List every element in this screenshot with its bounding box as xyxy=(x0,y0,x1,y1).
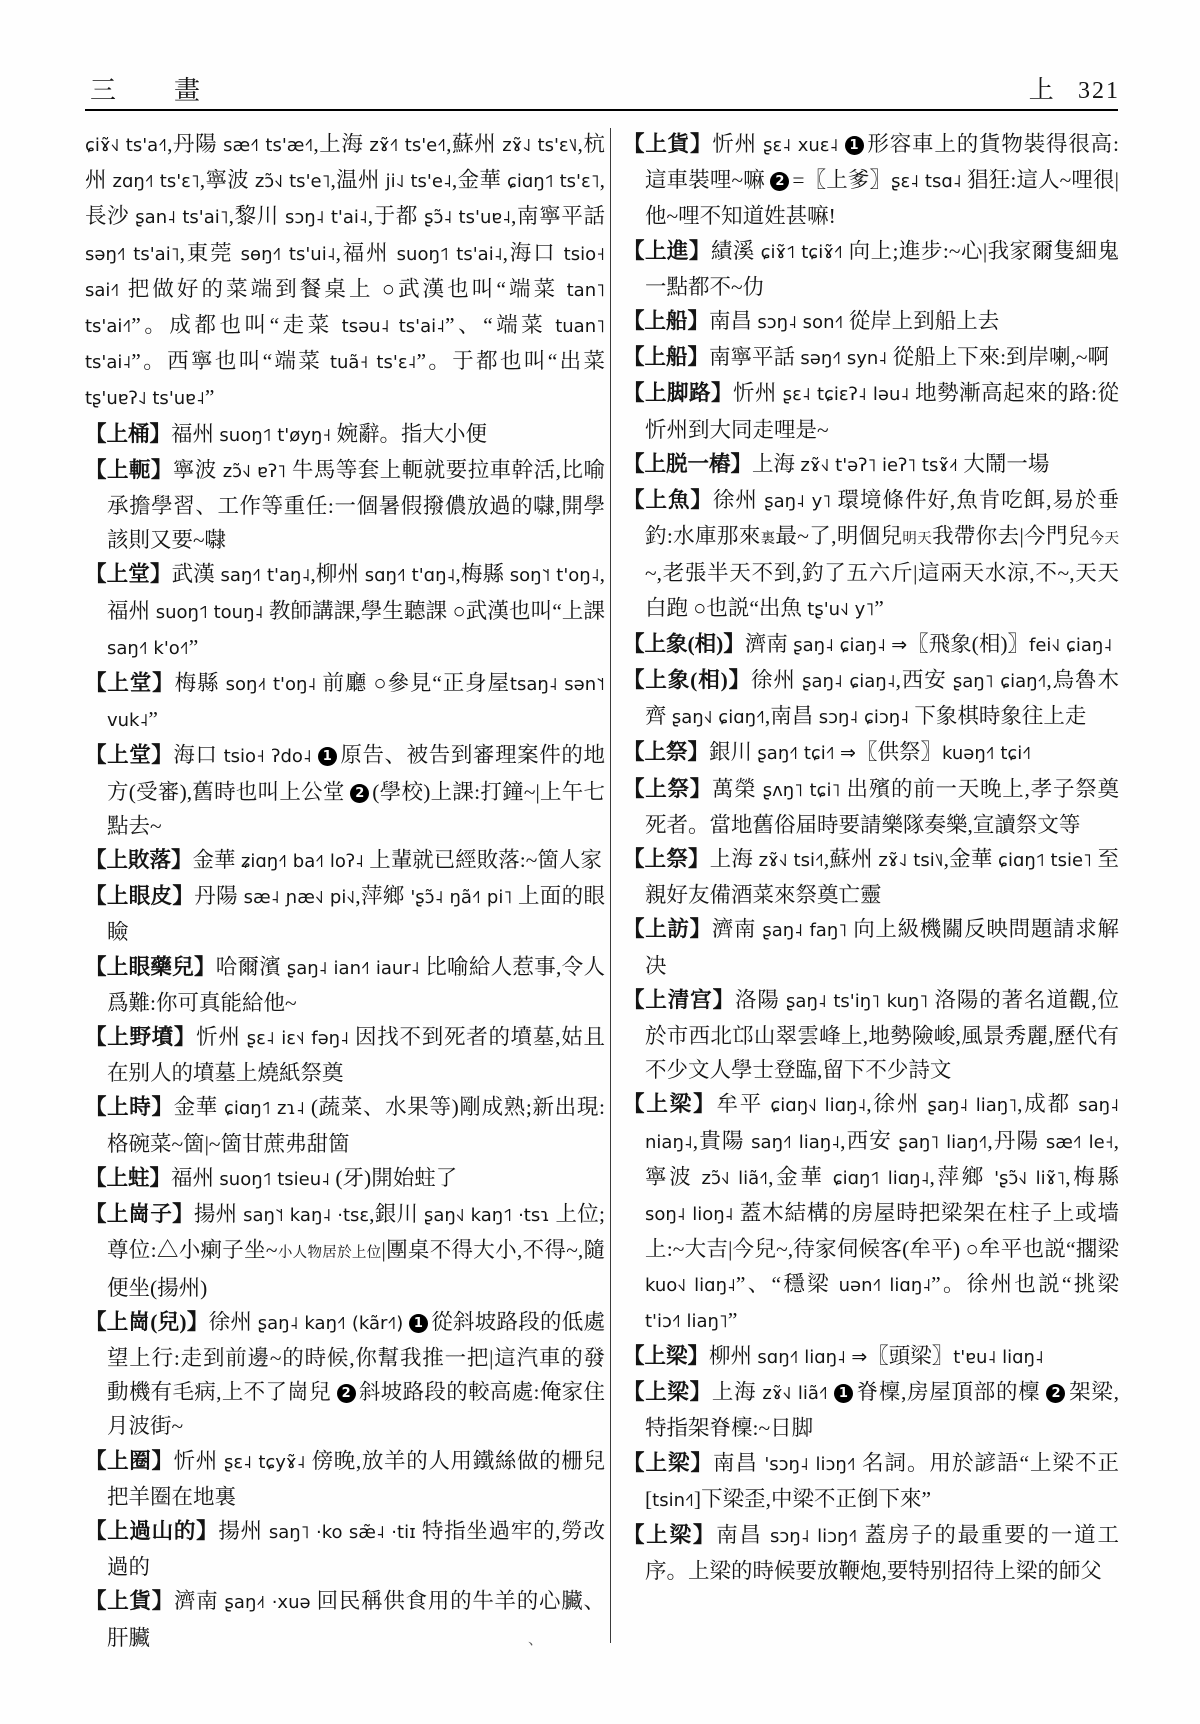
phonetic-transcription: ʂaŋ˨ liaŋ˥ xyxy=(927,1095,1017,1116)
dictionary-page: 三 畫 上 321 ɕiɤ̃˧˩ ts'a˧˥,丹陽 sæ˧˥ ts'æ˧˥,上… xyxy=(0,0,1200,1724)
entry-headword: 【上野墳】 xyxy=(85,1025,196,1049)
phonetic-transcription: ʂaŋ˨ kaŋ˧˥ (kãr˧˥) xyxy=(258,1313,404,1334)
definition-text: (牙)開始蛀了 xyxy=(330,1166,457,1190)
phonetic-transcription: soŋ˨ lioŋ˨ xyxy=(645,1204,734,1225)
definition-text: ” xyxy=(728,1308,738,1332)
page-radical: 上 xyxy=(1029,77,1054,104)
entry-headword: 【上進】 xyxy=(623,239,711,263)
sense-2-badge: 2 xyxy=(1046,1384,1065,1403)
small-gloss-note: 明天 xyxy=(902,531,932,547)
definition-text: 福州 xyxy=(171,422,219,446)
definition-text: 濟南 xyxy=(745,632,793,656)
phonetic-transcription: sɔŋ˨ son˧˥ xyxy=(757,312,843,333)
definition-text: ” xyxy=(189,635,199,659)
entry-headword: 【上船】 xyxy=(623,309,709,333)
phonetic-transcription: suoŋ˦˥ t'øyŋ˧ xyxy=(219,425,331,446)
phonetic-transcription: tsin˧˥ xyxy=(652,1490,694,1511)
entry-headword: 【上梁】 xyxy=(623,1344,709,1368)
definition-text: 海口 xyxy=(173,743,223,767)
entry-headword: 【上脚路】 xyxy=(623,381,733,405)
entry-headword: 【上崗(兒)】 xyxy=(85,1310,209,1334)
entry-headword: 【上祭】 xyxy=(623,740,709,764)
dict-entry: 【上梁】上海 zɤ̃˧˩ liã˧˥ 1脊檁,房屋頂部的檁 2架梁,特指架脊檁:… xyxy=(623,1375,1119,1445)
definition-text: 梅縣 xyxy=(175,671,226,695)
definition-text: 銀川 xyxy=(709,740,757,764)
phonetic-transcription: kuo˧˩ liɑŋ˨ xyxy=(645,1275,736,1296)
phonetic-transcription: soŋ˨˦ t'oŋ˨ xyxy=(226,674,317,695)
entry-headword: 【上梁】 xyxy=(623,1523,716,1547)
phonetic-transcription: tʂ'u˧˩ y˥ xyxy=(807,599,874,620)
definition-text: 〖供祭〗 xyxy=(856,740,942,764)
phonetic-transcription: saŋ˧˥ t'aŋ˨ xyxy=(220,565,310,586)
definition-text: 上輩就已經敗落:~箇人家 xyxy=(364,848,602,872)
entry-headword: 【上堂】 xyxy=(85,562,172,586)
phonetic-transcription: ɕiɑŋ˧˩ liɑŋ˨ xyxy=(770,1095,866,1116)
phonetic-transcription: ʑiɑŋ˧˥ ba˧˥ loʔ˨ xyxy=(241,851,364,872)
phonetic-transcription: 'ʂɔ̃˨ ŋã˧˥ pi˥ xyxy=(410,887,512,908)
definition-text: ” xyxy=(148,707,158,731)
entry-headword: 【上祭】 xyxy=(623,847,710,871)
phonetic-transcription: saŋ˥˦ kaŋ˨ ·tsɛ xyxy=(243,1205,369,1226)
entry-headword: 【上梁】 xyxy=(623,1451,713,1475)
definition-text: ”。成都也叫“走菜 xyxy=(131,313,341,337)
definition-text xyxy=(312,743,318,767)
definition-text: 〖飛象(相)〗 xyxy=(907,632,1029,656)
definition-text: ,海口 xyxy=(503,241,564,265)
definition-text: 上海 xyxy=(712,1380,763,1404)
dict-entry: 【上軛】寧波 zɔ̃˧˩ ɐʔ˥ 牛馬等套上軛就要拉車幹活,比喻承擔學習、工作等… xyxy=(85,453,605,558)
entry-headword: 【上脱一樁】 xyxy=(623,452,752,476)
definition-text: ,南寧平話 xyxy=(511,204,605,228)
page-header: 上 321 xyxy=(1029,70,1120,106)
phonetic-transcription: zɤ̃˧˩ t'əʔ˥ ieʔ˥ tsɤ̃˨˦ xyxy=(800,455,958,476)
phonetic-transcription: ɕiɤ̃˦˥ tɕiɤ̃˧˥ xyxy=(761,242,843,263)
definition-text: ,寧波 xyxy=(200,168,255,192)
phonetic-transcription: saŋ˥ ·ko sæ̃˨ ·tiɪ xyxy=(269,1522,416,1543)
dict-entry: 【上眼皮】丹陽 sæ˨ ɲæ˧˩ pi˧˩,萍鄉 'ʂɔ̃˨ ŋã˧˥ pi˥ … xyxy=(85,879,605,949)
phonetic-transcription: tsio˧ ʔdo˨ xyxy=(224,746,312,767)
phonetic-transcription: zɔ̃˧˩ liã˧˥ xyxy=(702,1168,769,1189)
definition-text: 最~了,明個兒 xyxy=(775,524,902,548)
definition-text: ,于都 xyxy=(368,204,424,228)
definition-text: 金華 xyxy=(193,848,241,872)
phonetic-transcription: ʂɛ˨ tɕiɛʔ˨ ləu˨ xyxy=(783,384,910,405)
entry-headword: 【上崗子】 xyxy=(85,1202,194,1226)
definition-text: 〖頭梁〗 xyxy=(867,1344,953,1368)
definition-text: 大鬧一場 xyxy=(958,452,1049,476)
phonetic-transcription: ʂɛ˨ tɕyɤ̃˨ xyxy=(224,1452,306,1473)
entry-headword: 【上祭】 xyxy=(623,777,712,801)
entry-continuation: ɕiɤ̃˧˩ ts'a˧˥,丹陽 sæ˧˥ ts'æ˧˥,上海 zɤ̃˧˥ ts… xyxy=(85,127,605,417)
phonetic-transcription: uən˧˥ liɑŋ˨ xyxy=(839,1275,932,1296)
definition-text: 洛陽 xyxy=(735,988,786,1012)
definition-text: 牟平 xyxy=(716,1092,770,1116)
definition-text: ,蘇州 xyxy=(446,132,502,156)
entry-headword: 【上眼皮】 xyxy=(85,884,194,908)
dict-entry: 【上脱一樁】上海 zɤ̃˧˩ t'əʔ˥ ieʔ˥ tsɤ̃˨˦ 大鬧一場 xyxy=(623,447,1119,483)
definition-text: 忻州 xyxy=(196,1025,247,1049)
phonetic-transcription: zɤ̃˨˩ ts'ɛ˥˩ xyxy=(502,135,577,156)
definition-text: 忻州 xyxy=(174,1449,224,1473)
phonetic-transcription: ɕiɑŋ˦˥ tsie˥ xyxy=(998,850,1092,871)
definition-text: 武漢 xyxy=(172,562,221,586)
entry-headword: 【上訪】 xyxy=(623,917,712,941)
entry-headword: 【上清宫】 xyxy=(623,988,735,1012)
definition-text: ”。西寧也叫“端菜 xyxy=(131,349,330,373)
sense-2-badge: 2 xyxy=(770,172,789,191)
phonetic-transcription: 'ʂɔ̃˧˩ liɤ̃˥ xyxy=(994,1168,1065,1189)
phonetic-transcription: saŋ˧˥ k'o˧˥ xyxy=(107,638,189,659)
right-column: 【上貨】忻州 ʂɛ˨ xuɛ˨ 1形容車上的貨物裝得很高:這車裝哩~嘛 2=〖上… xyxy=(623,127,1119,1588)
phonetic-transcription: ʂʌŋ˥ tɕi˥ xyxy=(763,780,841,801)
phonetic-transcription: ʂɛ˨ xuɛ˨ xyxy=(763,135,838,156)
small-gloss-note: 小人物居於上位 xyxy=(278,1245,382,1261)
dict-entry: 【上梁】南昌 sɔŋ˨ liɔŋ˧˥ 蓋房子的最重要的一道工序。上梁的時候要放鞭… xyxy=(623,1518,1119,1588)
phonetic-transcription: səŋ˧˥ syn˨ xyxy=(800,348,887,369)
definition-text: 徐州 xyxy=(209,1310,258,1334)
sense-1-badge: 1 xyxy=(409,1314,428,1333)
definition-text: 徐州 xyxy=(713,488,764,512)
definition-text: 徐州 xyxy=(751,668,802,692)
dict-entry: 【上梁】柳州 sɑŋ˧˥ liɑŋ˨ ⇒〖頭梁〗t'ɐu˨ liɑŋ˨ xyxy=(623,1339,1119,1375)
phonetic-transcription: ʂɔ̃˨ ts'uɐ˨ xyxy=(424,207,511,228)
page-number: 321 xyxy=(1078,78,1120,104)
entry-headword: 【上梁】 xyxy=(623,1092,716,1116)
definition-text: 寧波 xyxy=(173,458,223,482)
definition-text: ,金華 xyxy=(452,168,507,192)
entry-headword: 【上蛀】 xyxy=(85,1166,171,1190)
definition-text: 從船上下來:到岸喇,~啊 xyxy=(887,345,1109,369)
phonetic-transcription: ʂaŋ˨ y˥ xyxy=(764,491,831,512)
phonetic-transcription: sɔŋ˨ ɕiɔŋ˨ xyxy=(819,707,909,728)
definition-text: 上海 xyxy=(752,452,800,476)
small-gloss-note: 裏 xyxy=(761,531,776,547)
phonetic-transcription: sæ˧˥ le˧ xyxy=(1046,1132,1114,1153)
dict-entry: 【上過山的】揚州 saŋ˥ ·ko sæ̃˨ ·tiɪ 特指坐過牢的,勞改過的 xyxy=(85,1514,605,1584)
dict-entry: 【上進】績溪 ɕiɤ̃˦˥ tɕiɤ̃˧˥ 向上;進步:~心|我家爾隻細鬼一點都… xyxy=(623,234,1119,304)
phonetic-transcription: t'ɐu˨ liɑŋ˨ xyxy=(953,1347,1044,1368)
entry-headword: 【上過山的】 xyxy=(85,1519,218,1543)
dict-entry: 【上船】南昌 sɔŋ˨ son˧˥ 從岸上到船上去 xyxy=(623,304,1119,340)
entry-headword: 【上眼藥兒】 xyxy=(85,955,216,979)
dict-entry: 【上象(相)】徐州 ʂaŋ˨ ɕiaŋ˨,西安 ʂaŋ˥ ɕiaŋ˧˥,烏魯木齊… xyxy=(623,663,1119,735)
dict-entry: 【上船】南寧平話 səŋ˧˥ syn˨ 從船上下來:到岸喇,~啊 xyxy=(623,340,1119,376)
phonetic-transcription: sæ˨ ɲæ˧˩ pi˧˩ xyxy=(244,887,356,908)
dict-entry: 【上祭】上海 zɤ̃˧˩ tsi˧˥,蘇州 zɤ̃˨˩ tsi˥˩,金華 ɕiɑ… xyxy=(623,842,1119,912)
phonetic-transcription: zɤ̃˨˩ tsi˥˩ xyxy=(878,850,943,871)
definition-text: ” xyxy=(205,385,215,409)
definition-text: ,梅縣 xyxy=(1065,1165,1119,1189)
dict-entry: 【上梁】牟平 ɕiɑŋ˧˩ liɑŋ˨,徐州 ʂaŋ˨ liaŋ˥,成都 saŋ… xyxy=(623,1087,1119,1338)
phonetic-transcription: zɔ̃˧˩ ɐʔ˥ xyxy=(223,461,286,482)
phonetic-transcription: sɔŋ˨ liɔŋ˧˥ xyxy=(770,1526,857,1547)
definition-text: 揚州 xyxy=(218,1519,269,1543)
definition-text: ,東莞 xyxy=(180,241,241,265)
definition-text: 上海 xyxy=(710,847,759,871)
dict-entry: 【上堂】梅縣 soŋ˨˦ t'oŋ˨ 前廳 ○參見“正身屋tsaŋ˨ sən˥˦… xyxy=(85,666,605,738)
phonetic-transcription: t'iɔ˧˥ liaŋ˥ xyxy=(645,1311,728,1332)
phonetic-transcription: kuəŋ˧˥ tɕi˧˥ xyxy=(942,743,1031,764)
definition-text: 柳州 xyxy=(709,1344,757,1368)
phonetic-transcription: 'sɔŋ˨ liɔŋ˧˥ xyxy=(764,1454,855,1475)
entry-headword: 【上貨】 xyxy=(623,132,712,156)
definition-text xyxy=(838,132,844,156)
phonetic-transcription: suoŋ˦˥ touŋ˨ xyxy=(156,602,264,623)
definition-text: 濟南 xyxy=(174,1589,225,1613)
dict-entry: 【上堂】海口 tsio˧ ʔdo˨ 1原告、被告到審理案件的地方(受審),舊時也… xyxy=(85,738,605,843)
definition-text: 哈爾濱 xyxy=(216,955,287,979)
dict-entry: 【上圈】忻州 ʂɛ˨ tɕyɤ̃˨ 傍晚,放羊的人用鐵絲做的栅兒把羊圈在地裏 xyxy=(85,1444,605,1514)
definition-text: 丹陽 xyxy=(194,884,243,908)
definition-text: ,銀川 xyxy=(369,1202,424,1226)
entry-headword: 【上象(相)】 xyxy=(623,668,751,692)
definition-text: ,柳州 xyxy=(310,562,364,586)
phonetic-transcription: sɑŋ˧˥ liɑŋ˨ xyxy=(757,1347,846,1368)
phonetic-transcription: saŋ˧˥ liaŋ˨ xyxy=(751,1132,840,1153)
phonetic-transcription: tsəu˨ ts'ai˨ xyxy=(342,316,445,337)
entry-headword: 【上圈】 xyxy=(85,1449,174,1473)
dict-entry: 【上清宫】洛陽 ʂaŋ˨ ts'iŋ˥ kuŋ˥ 洛陽的著名道觀,位於市西北邙山… xyxy=(623,983,1119,1088)
sense-2-badge: 2 xyxy=(337,1384,356,1403)
definition-text: ,貴陽 xyxy=(693,1129,751,1153)
definition-text: ,蘇州 xyxy=(824,847,878,871)
phonetic-transcription: ʂaŋ˨˦ ·xuə xyxy=(225,1592,311,1613)
definition-text: ,西安 xyxy=(840,1129,898,1153)
sense-1-badge: 1 xyxy=(834,1384,853,1403)
phonetic-transcription: zɤ̃˧˩ liã˧˥ xyxy=(762,1383,827,1404)
definition-text: 把做好的菜端到餐桌上 ○武漢也叫“端菜 xyxy=(119,277,566,301)
phonetic-transcription: ji˨˩ ts'e˨ xyxy=(386,171,452,192)
definition-text: ,温州 xyxy=(330,168,385,192)
definition-text: 濟南 xyxy=(712,917,763,941)
definition-text: ”、“端菜 xyxy=(445,313,555,337)
entry-headword: 【上象(相)】 xyxy=(623,632,745,656)
phonetic-transcription: zɤ̃˧˥ ts'e˧˥ xyxy=(369,135,446,156)
definition-text: ” xyxy=(874,596,884,620)
entry-headword: 【上敗落】 xyxy=(85,848,193,872)
entry-headword: 【上桶】 xyxy=(85,422,171,446)
phonetic-transcription: suoŋ˦˥ tsieu˨ xyxy=(219,1169,330,1190)
sense-1-badge: 1 xyxy=(845,136,864,155)
phonetic-transcription: tuã˧ ts'ɛ˨ xyxy=(330,352,416,373)
definition-text xyxy=(828,1380,834,1404)
definition-text: ,金華 xyxy=(768,1165,833,1189)
definition-text: 萬榮 xyxy=(712,777,763,801)
entry-headword: 【上魚】 xyxy=(623,488,713,512)
definition-text: ”。于都也叫“出菜 xyxy=(416,349,605,373)
definition-text: ,萍鄉 xyxy=(355,884,410,908)
cross-ref-arrow-icon: ⇒ xyxy=(891,634,907,656)
dict-entry: 【上訪】濟南 ʂaŋ˨ faŋ˥ 向上級機關反映問題請求解决 xyxy=(623,912,1119,982)
header-rule xyxy=(85,109,1118,111)
definition-text: 前廳 ○參見“正身屋 xyxy=(316,671,510,695)
definition-text: ,上海 xyxy=(313,132,369,156)
phonetic-transcription: ʂaŋ˨ ɕiaŋ˨ xyxy=(793,635,886,656)
phonetic-transcription: sæ˧˥ ts'æ˧˥ xyxy=(223,135,313,156)
definition-text: ,南昌 xyxy=(765,704,819,728)
definition-text: ,金華 xyxy=(944,847,998,871)
definition-text: 婉辭。指大小便 xyxy=(331,422,487,446)
dict-entry: 【上梁】南昌 'sɔŋ˨ liɔŋ˧˥ 名詞。用於諺語“上梁不正[tsin˧˥]… xyxy=(623,1446,1119,1518)
definition-text: 金華 xyxy=(174,1095,224,1119)
dict-entry: 【上貨】忻州 ʂɛ˨ xuɛ˨ 1形容車上的貨物裝得很高:這車裝哩~嘛 2=〖上… xyxy=(623,127,1119,234)
dict-entry: 【上眼藥兒】哈爾濱 ʂaŋ˨ ian˧˥ iaur˨ 比喻給人惹事,令人爲難:你… xyxy=(85,950,605,1020)
phonetic-transcription: tʂ'uɐʔ˨˩ ts'uɐ˨ xyxy=(85,388,205,409)
dict-entry: 【上蛀】福州 suoŋ˦˥ tsieu˨ (牙)開始蛀了 xyxy=(85,1161,605,1197)
definition-text: 南寧平話 xyxy=(709,345,800,369)
section-header: 三 畫 xyxy=(90,70,216,107)
entry-headword: 【上堂】 xyxy=(85,743,173,767)
phonetic-transcription: ɕiɤ̃˧˩ ts'a˧˥ xyxy=(85,135,167,156)
definition-text: ”。徐州也説“挑梁 xyxy=(931,1272,1119,1296)
definition-text: ,萍鄉 xyxy=(929,1165,994,1189)
entry-headword: 【上堂】 xyxy=(85,671,175,695)
definition-text: 揚州 xyxy=(194,1202,243,1226)
definition-text: 下象棋時象往上走 xyxy=(909,704,1086,728)
dict-entry: 【上崗子】揚州 saŋ˥˦ kaŋ˨ ·tsɛ,銀川 ʂaŋ˧˩ kaŋ˦˥ ·… xyxy=(85,1197,605,1305)
dict-entry: 【上敗落】金華 ʑiɑŋ˧˥ ba˧˥ loʔ˨ 上輩就已經敗落:~箇人家 xyxy=(85,843,605,879)
definition-text: ,西安 xyxy=(896,668,953,692)
dict-entry: 【上象(相)】濟南 ʂaŋ˨ ɕiaŋ˨ ⇒〖飛象(相)〗fei˧˩ ɕiaŋ˨ xyxy=(623,627,1119,663)
cross-ref-arrow-icon: ⇒ xyxy=(851,1346,867,1368)
dict-entry: 【上祭】銀川 ʂaŋ˧˥ tɕi˧˥ ⇒〖供祭〗kuəŋ˧˥ tɕi˧˥ xyxy=(623,735,1119,771)
phonetic-transcription: ʂaŋ˧˥ tɕi˧˥ xyxy=(757,743,834,764)
definition-text: ,丹陽 xyxy=(167,132,223,156)
phonetic-transcription: ʂɛ˨ tsɑ˨ xyxy=(891,171,962,192)
dict-entry: 【上貨】濟南 ʂaŋ˨˦ ·xuə 回民稱供食用的牛羊的心臟、肝臟 xyxy=(85,1584,605,1654)
entry-headword: 【上時】 xyxy=(85,1095,174,1119)
phonetic-transcription: ʂaŋ˨ ts'iŋ˥ kuŋ˥ xyxy=(786,991,928,1012)
phonetic-transcription: ʂɛ˨ iɛ˦˨ fəŋ˨ xyxy=(247,1028,349,1049)
phonetic-transcription: ʂaŋ˥ ɕiaŋ˧˥ xyxy=(953,671,1047,692)
definition-text: 脊檁,房屋頂部的檁 xyxy=(856,1380,1047,1404)
definition-text: 忻州 xyxy=(712,132,763,156)
entry-headword: 【上軛】 xyxy=(85,458,173,482)
definition-text: 福州 xyxy=(171,1166,219,1190)
cross-ref-arrow-icon: ⇒ xyxy=(840,742,856,764)
sense-1-badge: 1 xyxy=(318,747,337,766)
small-gloss-note: 今天 xyxy=(1090,531,1119,547)
phonetic-transcription: zɔ̃˧˩ ts'e˥ xyxy=(255,171,331,192)
phonetic-transcription: ʂaŋ˥ liaŋ˧˥ xyxy=(898,1132,987,1153)
entry-headword: 【上梁】 xyxy=(623,1380,712,1404)
phonetic-transcription: fei˧˩ ɕiaŋ˨ xyxy=(1029,635,1112,656)
definition-text: 從岸上到船上去 xyxy=(843,309,999,333)
dict-entry: 【上桶】福州 suoŋ˦˥ t'øyŋ˧ 婉辭。指大小便 xyxy=(85,417,605,453)
definition-text: ]下梁歪,中梁不正倒下來” xyxy=(694,1487,931,1511)
phonetic-transcription: sɵŋ˧˥ ts'ui˨ xyxy=(241,244,336,265)
definition-text: ”、“穩梁 xyxy=(736,1272,839,1296)
dict-entry: 【上崗(兒)】徐州 ʂaŋ˨ kaŋ˧˥ (kãr˧˥) 1從斜坡路段的低處望上… xyxy=(85,1305,605,1444)
definition-text: ,梅縣 xyxy=(455,562,509,586)
definition-text: =〖上爹〗 xyxy=(792,168,891,192)
left-column: ɕiɤ̃˧˩ ts'a˧˥,丹陽 sæ˧˥ ts'æ˧˥,上海 zɤ̃˧˥ ts… xyxy=(85,127,605,1655)
definition-text: 南昌 xyxy=(716,1523,770,1547)
phonetic-transcription: sɔŋ˨ t'ai˨ xyxy=(285,207,368,228)
definition-text: ,丹陽 xyxy=(987,1129,1045,1153)
dict-entry: 【上時】金華 ɕiɑŋ˦˥ zɿ˨ (蔬菜、水果等)剛成熟;新出現:格碗菜~箇|… xyxy=(85,1090,605,1160)
phonetic-transcription: ʂan˨ ts'ai˥ xyxy=(135,207,228,228)
definition-text: ,福州 xyxy=(336,241,397,265)
entry-headword: 【上貨】 xyxy=(85,1589,174,1613)
definition-text: ,黎川 xyxy=(229,204,285,228)
phonetic-transcription: suoŋ˦˥ ts'ai˨ xyxy=(397,244,503,265)
entry-headword: 【上船】 xyxy=(623,345,709,369)
phonetic-transcription: ʂaŋ˨ ian˧˥ iaur˨ xyxy=(287,958,420,979)
phonetic-transcription: ɕiɑŋ˦˥ zɿ˨ xyxy=(224,1098,305,1119)
dict-entry: 【上魚】徐州 ʂaŋ˨ y˥ 環境條件好,魚肯吃餌,易於垂釣:水庫那來裏最~了,… xyxy=(623,483,1119,627)
phonetic-transcription: zɑŋ˧˥ ts'ɛ˥ xyxy=(113,171,200,192)
phonetic-transcription: ɕiɑŋ˦˥ liɑŋ˨ xyxy=(833,1168,930,1189)
definition-text: 南昌 xyxy=(709,309,757,333)
scan-artifact: 、 xyxy=(528,1628,543,1649)
dict-entry: 【上堂】武漢 saŋ˧˥ t'aŋ˨,柳州 sɑŋ˧˥ t'ɑŋ˨,梅縣 soŋ… xyxy=(85,557,605,666)
phonetic-transcription: ʂaŋ˨ faŋ˥ xyxy=(762,920,847,941)
phonetic-transcription: sɑŋ˧˥ t'ɑŋ˨ xyxy=(365,565,456,586)
phonetic-transcription: ɕiɑŋ˦˥ ts'ɛ˥ xyxy=(507,171,600,192)
dict-entry: 【上脚路】忻州 ʂɛ˨ tɕiɛʔ˨ ləu˨ 地勢漸高起來的路:從忻州到大同走… xyxy=(623,376,1119,446)
phonetic-transcription: ʂaŋ˧˩ ɕiɑŋ˧˥ xyxy=(672,707,765,728)
phonetic-transcription: ʂaŋ˨ ɕiaŋ˨ xyxy=(802,671,896,692)
definition-text: 南昌 xyxy=(713,1451,764,1475)
definition-text: 忻州 xyxy=(733,381,783,405)
phonetic-transcription: zɤ̃˧˩ tsi˧˥ xyxy=(759,850,824,871)
definition-text: ,徐州 xyxy=(866,1092,927,1116)
phonetic-transcription: soŋ˥˦ t'oŋ˨ xyxy=(510,565,600,586)
phonetic-transcription: səŋ˧˥ ts'ai˥ xyxy=(85,244,180,265)
definition-text: 績溪 xyxy=(711,239,761,263)
definition-text: 我帶你去|今門兒 xyxy=(932,524,1090,548)
phonetic-transcription: ʂaŋ˧˩ kaŋ˦˥ ·tsɿ xyxy=(424,1205,550,1226)
column-divider xyxy=(610,128,611,1643)
sense-2-badge: 2 xyxy=(350,784,369,803)
dict-entry: 【上野墳】忻州 ʂɛ˨ iɛ˦˨ fəŋ˨ 因找不到死者的墳墓,姑且在别人的墳墓… xyxy=(85,1020,605,1090)
dict-entry: 【上祭】萬榮 ʂʌŋ˥ tɕi˥ 出殯的前一天晚上,孝子祭奠死者。當地舊俗届時要… xyxy=(623,772,1119,842)
definition-text: 教師講課,學生聽課 ○武漢也叫“上課 xyxy=(263,599,605,623)
definition-text: ,成都 xyxy=(1017,1092,1078,1116)
